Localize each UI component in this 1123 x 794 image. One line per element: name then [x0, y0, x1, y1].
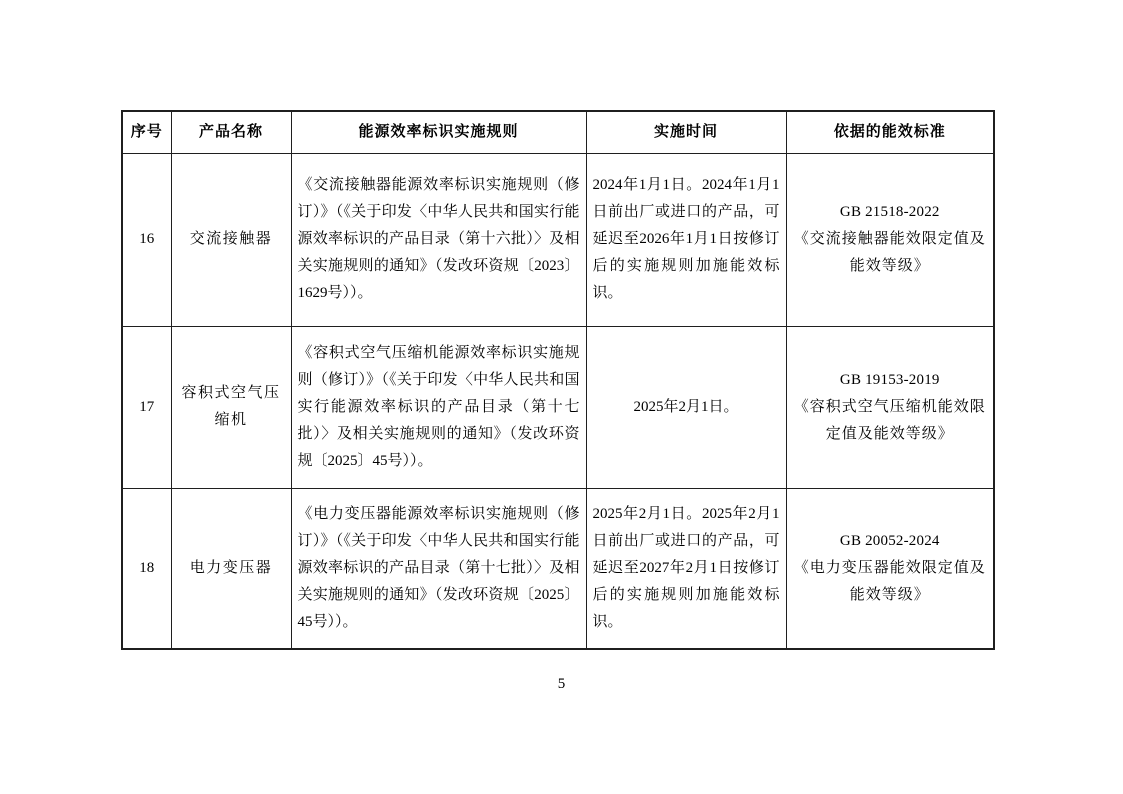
cell-rule: 《交流接触器能源效率标识实施规则（修订）》（《关于印发〈中华人民共和国实行能源效…: [291, 153, 586, 326]
cell-rule: 《电力变压器能源效率标识实施规则（修订）》（《关于印发〈中华人民共和国实行能源效…: [291, 488, 586, 649]
cell-time: 2025年2月1日。2025年2月1日前出厂或进口的产品，可延迟至2027年2月…: [586, 488, 786, 649]
standard-name: 《交流接触器能效限定值及能效等级》: [793, 226, 988, 280]
document-page: 序号 产品名称 能源效率标识实施规则 实施时间 依据的能效标准 16 交流接触器…: [0, 0, 1123, 794]
col-header-product: 产品名称: [171, 111, 291, 153]
cell-time: 2024年1月1日。2024年1月1日前出厂或进口的产品，可延迟至2026年1月…: [586, 153, 786, 326]
cell-serial: 17: [122, 326, 171, 488]
standard-name: 《容积式空气压缩机能效限定值及能效等级》: [793, 394, 988, 448]
cell-serial: 16: [122, 153, 171, 326]
col-header-rule: 能源效率标识实施规则: [291, 111, 586, 153]
table-row: 17 容积式空气压缩机 《容积式空气压缩机能源效率标识实施规则（修订）》（《关于…: [122, 326, 994, 488]
cell-product-name: 交流接触器: [171, 153, 291, 326]
cell-rule: 《容积式空气压缩机能源效率标识实施规则（修订）》（《关于印发〈中华人民共和国实行…: [291, 326, 586, 488]
cell-standard: GB 21518-2022 《交流接触器能效限定值及能效等级》: [786, 153, 994, 326]
col-header-serial: 序号: [122, 111, 171, 153]
table-header-row: 序号 产品名称 能源效率标识实施规则 实施时间 依据的能效标准: [122, 111, 994, 153]
cell-time: 2025年2月1日。: [586, 326, 786, 488]
table-row: 16 交流接触器 《交流接触器能源效率标识实施规则（修订）》（《关于印发〈中华人…: [122, 153, 994, 326]
standard-name: 《电力变压器能效限定值及能效等级》: [793, 555, 988, 609]
table-row: 18 电力变压器 《电力变压器能源效率标识实施规则（修订）》（《关于印发〈中华人…: [122, 488, 994, 649]
energy-label-rules-table: 序号 产品名称 能源效率标识实施规则 实施时间 依据的能效标准 16 交流接触器…: [121, 110, 995, 650]
standard-code: GB 20052-2024: [793, 528, 988, 555]
cell-standard: GB 19153-2019 《容积式空气压缩机能效限定值及能效等级》: [786, 326, 994, 488]
col-header-standard: 依据的能效标准: [786, 111, 994, 153]
col-header-time: 实施时间: [586, 111, 786, 153]
cell-product-name: 容积式空气压缩机: [171, 326, 291, 488]
cell-standard: GB 20052-2024 《电力变压器能效限定值及能效等级》: [786, 488, 994, 649]
standard-code: GB 19153-2019: [793, 367, 988, 394]
cell-serial: 18: [122, 488, 171, 649]
standard-code: GB 21518-2022: [793, 199, 988, 226]
page-number: 5: [0, 676, 1123, 693]
cell-product-name: 电力变压器: [171, 488, 291, 649]
